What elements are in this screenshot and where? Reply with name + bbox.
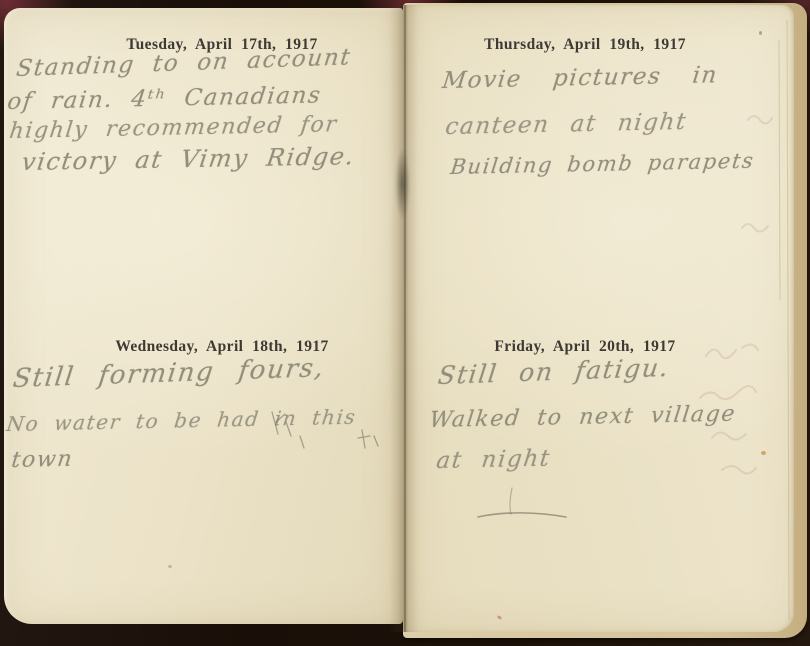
page-right <box>403 5 794 632</box>
entry-friday-line-3: at night <box>435 446 552 474</box>
date-header-thursday-april-19: Thursday, April 19th, 1917 <box>390 36 780 54</box>
entry-thursday-line-2: canteen at night <box>444 109 689 140</box>
entry-tuesday-line-4: victory at Vimy Ridge. <box>20 142 357 176</box>
paper-speck <box>761 451 766 455</box>
paper-speck <box>759 31 762 35</box>
gutter-line <box>404 5 406 632</box>
gutter-smudge <box>395 148 410 220</box>
date-header-wednesday-april-18: Wednesday, April 18th, 1917 <box>24 338 420 356</box>
entry-wednesday-line-3: town <box>10 447 75 473</box>
date-header-friday-april-20: Friday, April 20th, 1917 <box>390 338 780 356</box>
paper-speck <box>168 565 172 568</box>
diary-scan: Tuesday, April 17th, 1917 Thursday, Apri… <box>0 0 810 646</box>
